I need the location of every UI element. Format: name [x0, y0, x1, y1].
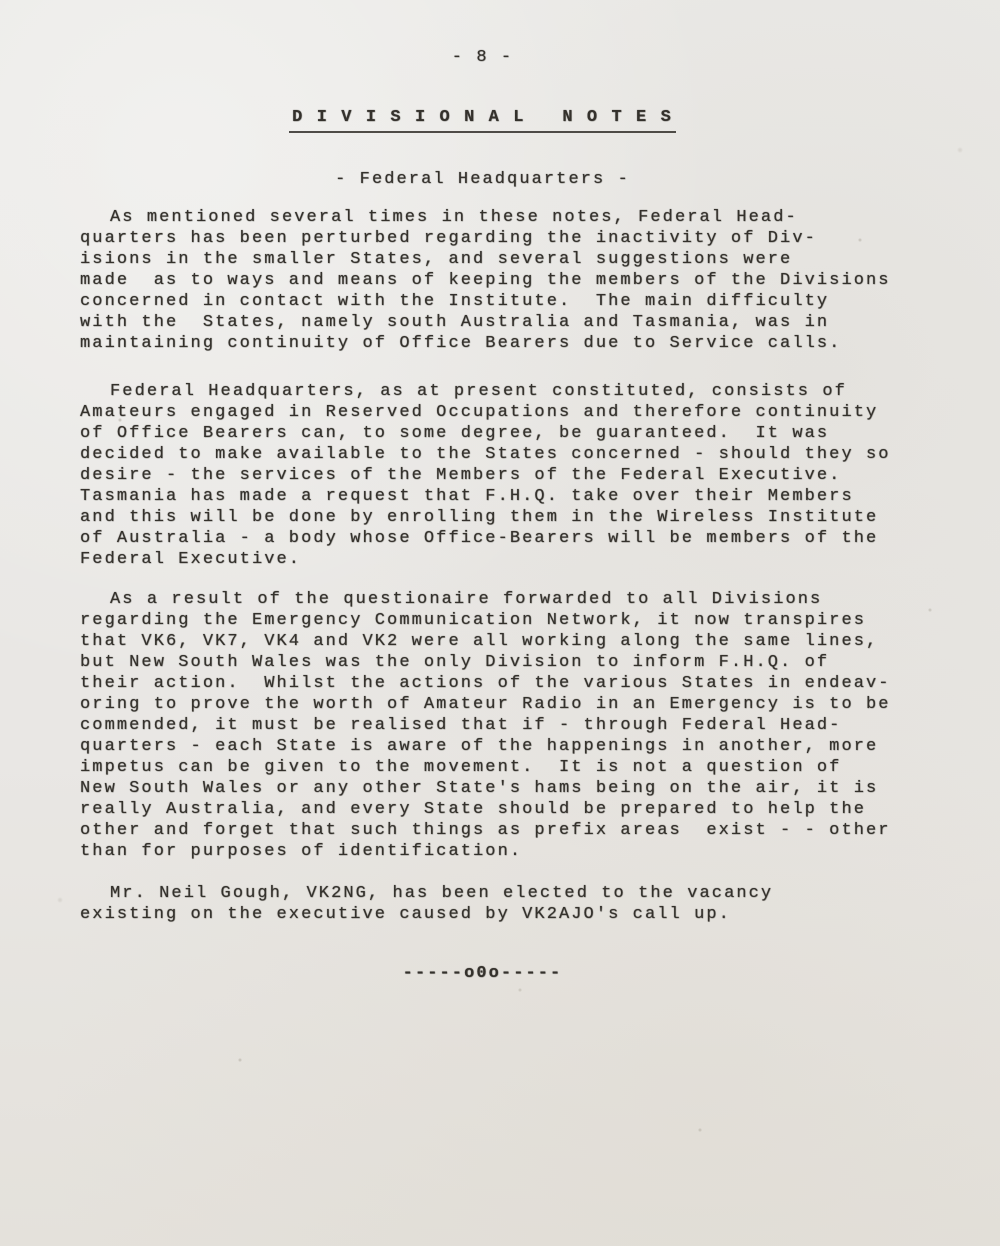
- text-line: made as to ways and means of keeping the…: [80, 270, 965, 291]
- text-line: New South Wales or any other State's ham…: [80, 778, 965, 799]
- paragraph: As mentioned several times in these note…: [80, 207, 965, 354]
- text-line: than for purposes of identification.: [80, 841, 965, 862]
- text-line: commended, it must be realised that if -…: [80, 715, 965, 736]
- text-line: and this will be done by enrolling them …: [80, 507, 965, 528]
- text-line: Federal Headquarters, as at present cons…: [80, 381, 965, 402]
- document-body: As mentioned several times in these note…: [80, 207, 965, 925]
- text-line: maintaining continuity of Office Bearers…: [80, 333, 965, 354]
- title-row: D I V I S I O N A L N O T E S: [0, 107, 965, 133]
- paragraph: Federal Headquarters, as at present cons…: [80, 381, 965, 570]
- text-line: other and forget that such things as pre…: [80, 820, 965, 841]
- text-line: oring to prove the worth of Amateur Radi…: [80, 694, 965, 715]
- text-line: As a result of the questionaire forwarde…: [80, 589, 965, 610]
- text-line: isions in the smaller States, and severa…: [80, 249, 965, 270]
- page-number: - 8 -: [0, 0, 965, 68]
- text-line: quarters has been perturbed regarding th…: [80, 228, 965, 249]
- text-line: existing on the executive caused by VK2A…: [80, 904, 965, 925]
- text-line: impetus can be given to the movement. It…: [80, 757, 965, 778]
- document-page: - 8 - D I V I S I O N A L N O T E S - Fe…: [0, 0, 1000, 1246]
- text-line: Amateurs engaged in Reserved Occupations…: [80, 402, 965, 423]
- text-line: Tasmania has made a request that F.H.Q. …: [80, 486, 965, 507]
- text-line: of Office Bearers can, to some degree, b…: [80, 423, 965, 444]
- text-line: really Australia, and every State should…: [80, 799, 965, 820]
- text-line: concerned in contact with the Institute.…: [80, 291, 965, 312]
- end-separator: -----o0o-----: [0, 963, 965, 984]
- paragraph: Mr. Neil Gough, VK2NG, has been elected …: [80, 883, 965, 925]
- text-line: Mr. Neil Gough, VK2NG, has been elected …: [80, 883, 965, 904]
- text-line: Federal Executive.: [80, 549, 965, 570]
- text-line: with the States, namely south Australia …: [80, 312, 965, 333]
- text-line: of Australia - a body whose Office-Beare…: [80, 528, 965, 549]
- section-subtitle: - Federal Headquarters -: [0, 169, 965, 190]
- text-line: quarters - each State is aware of the ha…: [80, 736, 965, 757]
- page-title: D I V I S I O N A L N O T E S: [289, 107, 676, 133]
- text-line: As mentioned several times in these note…: [80, 207, 965, 228]
- text-line: regarding the Emergency Communication Ne…: [80, 610, 965, 631]
- paragraph: As a result of the questionaire forwarde…: [80, 589, 965, 862]
- text-line: their action. Whilst the actions of the …: [80, 673, 965, 694]
- text-line: decided to make available to the States …: [80, 444, 965, 465]
- text-line: but New South Wales was the only Divisio…: [80, 652, 965, 673]
- page-content: - 8 - D I V I S I O N A L N O T E S - Fe…: [0, 0, 965, 984]
- text-line: that VK6, VK7, VK4 and VK2 were all work…: [80, 631, 965, 652]
- text-line: desire - the services of the Members of …: [80, 465, 965, 486]
